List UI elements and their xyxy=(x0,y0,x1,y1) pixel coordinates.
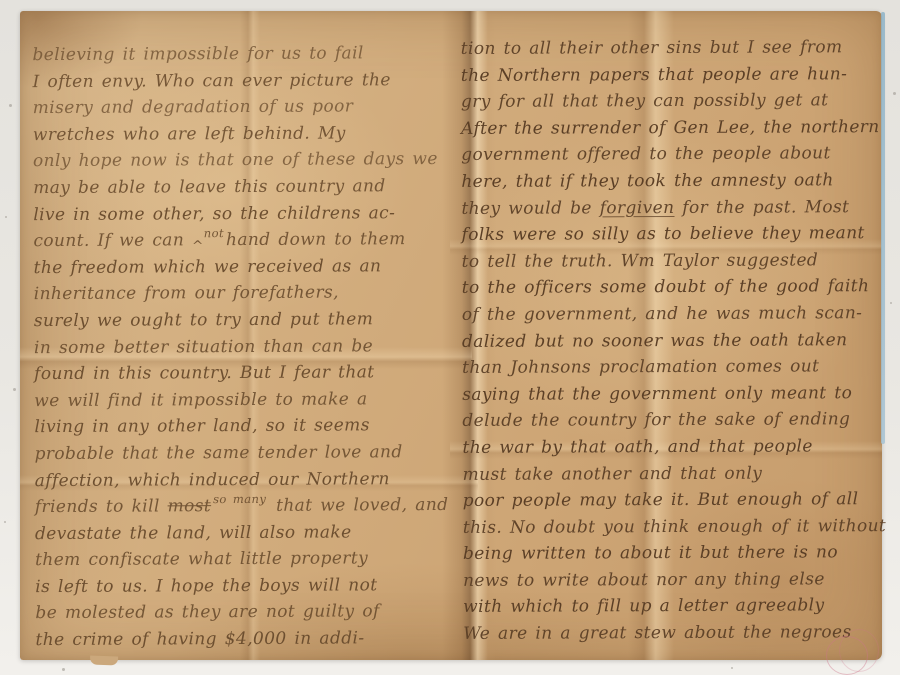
handwritten-line: may be able to leave this country and xyxy=(33,173,451,202)
handwriting-text: may be able to leave this country and xyxy=(33,176,386,198)
handwritten-line: the war by that oath, and that people xyxy=(462,433,886,461)
dust-speck xyxy=(5,216,7,218)
blue-page-edge-line xyxy=(881,12,885,444)
handwriting-text: found in this country. But I fear that xyxy=(34,362,374,384)
dust-speck xyxy=(893,92,896,95)
handwriting-text: must take another and that only xyxy=(463,463,763,484)
handwritten-line: this. No doubt you think enough of it wi… xyxy=(463,513,887,541)
handwriting-text: we will find it impossible to make a xyxy=(34,389,367,411)
left-page-text: believing it impossible for us to failI … xyxy=(32,40,453,654)
handwritten-line: folks were so silly as to believe they m… xyxy=(461,220,885,248)
handwriting-text: hand down to them xyxy=(226,229,406,250)
handwriting-text: news to write about nor any thing else xyxy=(463,569,825,591)
handwritten-line: the crime of having $4,000 in addi- xyxy=(35,625,453,654)
dust-speck xyxy=(13,388,16,391)
handwriting-text: living in any other land, so it seems xyxy=(34,416,369,438)
handwritten-line: probable that the same tender love and xyxy=(34,439,452,468)
handwriting-text: be molested as they are not guilty of xyxy=(35,602,379,624)
handwritten-line: count. If we can ^nothand down to them xyxy=(33,226,451,255)
handwriting-text: being written to about it but there is n… xyxy=(463,543,838,565)
letter-paper: believing it impossible for us to failI … xyxy=(20,11,882,660)
handwriting-text: gry for all that they can possibly get a… xyxy=(461,91,828,113)
handwriting-text: dalized but no sooner was the oath taken xyxy=(462,330,848,352)
handwritten-line: delude the country for the sake of endin… xyxy=(462,406,886,434)
handwriting-text: they would be xyxy=(461,198,599,219)
handwriting-text: We are in a great stew about the negroes xyxy=(463,622,851,644)
handwritten-line: be molested as they are not guilty of xyxy=(35,598,453,627)
handwriting-ins: so many xyxy=(213,492,266,506)
dust-speck xyxy=(731,667,733,669)
handwriting-ins: not xyxy=(204,226,224,240)
handwritten-line: in some better situation than can be xyxy=(34,332,452,361)
handwriting-text: here, that if they took the amnesty oath xyxy=(461,170,833,192)
handwriting-text: tion to all their other sins but I see f… xyxy=(461,37,843,59)
handwriting-text: poor people may take it. But enough of a… xyxy=(463,489,859,511)
dust-speck xyxy=(62,668,65,671)
handwritten-line: than Johnsons proclamation comes out xyxy=(462,353,886,381)
right-page-text: tion to all their other sins but I see f… xyxy=(461,34,888,648)
handwritten-line: we will find it impossible to make a xyxy=(34,386,452,415)
handwriting-text: the crime of having $4,000 in addi- xyxy=(35,628,364,650)
handwriting-text: probable that the same tender love and xyxy=(35,442,403,464)
handwriting-text: saying that the government only meant to xyxy=(462,383,852,405)
handwriting-text: the freedom which we received as an xyxy=(34,256,382,278)
handwritten-line: only hope now is that one of these days … xyxy=(33,146,451,175)
handwriting-text: that we loved, and xyxy=(268,495,448,516)
handwritten-line: friends to kill mostso many that we love… xyxy=(35,492,453,521)
handwritten-line: After the surrender of Gen Lee, the nort… xyxy=(461,114,885,142)
handwriting-text: this. No doubt you think enough of it wi… xyxy=(463,516,886,538)
handwritten-line: inheritance from our forefathers, xyxy=(34,279,452,308)
handwriting-text: believing it impossible for us to fail xyxy=(32,43,363,65)
handwritten-line: misery and degradation of us poor xyxy=(33,93,451,122)
handwriting-underline: forgiven xyxy=(600,198,675,218)
handwritten-line: dalized but no sooner was the oath taken xyxy=(462,327,886,355)
handwritten-line: the Northern papers that people are hun- xyxy=(461,61,885,89)
handwritten-line: poor people may take it. But enough of a… xyxy=(463,486,887,514)
handwriting-strike: most xyxy=(168,496,212,516)
handwritten-line: them confiscate what little property xyxy=(35,545,453,574)
dust-speck xyxy=(4,521,6,523)
handwritten-line: saying that the government only meant to xyxy=(462,380,886,408)
handwritten-line: believing it impossible for us to fail xyxy=(32,40,450,69)
handwritten-line: affection, which induced our Northern xyxy=(35,465,453,494)
handwriting-text: of the government, and he was much scan- xyxy=(462,303,863,325)
handwritten-line: gry for all that they can possibly get a… xyxy=(461,87,885,115)
handwriting-text: I often envy. Who can ever picture the xyxy=(33,70,391,92)
handwritten-line: surely we ought to try and put them xyxy=(34,306,452,335)
handwriting-text: devastate the land, will also make xyxy=(35,522,352,544)
handwriting-text: folks were so silly as to believe they m… xyxy=(461,223,864,245)
handwriting-text: than Johnsons proclamation comes out xyxy=(462,356,819,378)
handwritten-line: news to write about nor any thing else xyxy=(463,566,887,594)
handwriting-text: count. If we can xyxy=(33,230,192,251)
stamp-ring xyxy=(839,629,879,672)
handwritten-line: is left to us. I hope the boys will not xyxy=(35,572,453,601)
handwriting-text: the war by that oath, and that people xyxy=(462,436,812,458)
handwritten-line: live in some other, so the childrens ac- xyxy=(33,199,451,228)
handwritten-line: to tell the truth. Wm Taylor suggested xyxy=(462,247,886,275)
dust-speck xyxy=(890,302,892,304)
handwritten-line: living in any other land, so it seems xyxy=(34,412,452,441)
paper-edge-chip xyxy=(90,656,118,666)
handwritten-line: devastate the land, will also make xyxy=(35,519,453,548)
handwriting-text: affection, which induced our Northern xyxy=(35,469,390,491)
handwritten-line: here, that if they took the amnesty oath xyxy=(461,167,885,195)
handwritten-line: I often envy. Who can ever picture the xyxy=(33,67,451,96)
handwriting-text: After the surrender of Gen Lee, the nort… xyxy=(461,117,880,139)
handwriting-text: the Northern papers that people are hun- xyxy=(461,64,848,86)
handwriting-text: government offered to the people about xyxy=(461,144,831,166)
handwritten-line: of the government, and he was much scan- xyxy=(462,300,886,328)
handwriting-text: is left to us. I hope the boys will not xyxy=(35,575,377,597)
handwriting-text: to tell the truth. Wm Taylor suggested xyxy=(462,250,819,272)
stamp-mark xyxy=(826,629,882,675)
handwriting-text: surely we ought to try and put them xyxy=(34,309,374,331)
handwritten-line: tion to all their other sins but I see f… xyxy=(461,34,885,62)
handwriting-text: misery and degradation of us poor xyxy=(33,97,354,119)
handwriting-text: with which to fill up a letter agreeably xyxy=(463,596,824,618)
handwriting-text: to the officers some doubt of the good f… xyxy=(462,276,870,298)
handwritten-line: We are in a great stew about the negroes xyxy=(463,619,887,647)
handwritten-line: the freedom which we received as an xyxy=(34,253,452,282)
handwriting-text: them confiscate what little property xyxy=(35,549,368,571)
handwritten-line: wretches who are left behind. My xyxy=(33,120,451,149)
handwritten-line: must take another and that only xyxy=(463,460,887,488)
dust-speck xyxy=(9,104,12,107)
handwritten-line: with which to fill up a letter agreeably xyxy=(463,593,887,621)
handwritten-line: being written to about it but there is n… xyxy=(463,539,887,567)
handwritten-line: government offered to the people about xyxy=(461,140,885,168)
handwriting-caret: ^ xyxy=(192,238,204,254)
handwriting-text: friends to kill xyxy=(35,496,168,517)
handwriting-text: only hope now is that one of these days … xyxy=(33,149,438,171)
handwriting-text: delude the country for the sake of endin… xyxy=(462,410,850,432)
handwritten-line: found in this country. But I fear that xyxy=(34,359,452,388)
handwriting-text: inheritance from our forefathers, xyxy=(34,283,339,305)
handwriting-text: in some better situation than can be xyxy=(34,336,373,358)
handwriting-text: wretches who are left behind. My xyxy=(33,123,346,145)
handwriting-text: live in some other, so the childrens ac- xyxy=(33,203,395,225)
handwritten-line: to the officers some doubt of the good f… xyxy=(462,273,886,301)
scanner-background: believing it impossible for us to failI … xyxy=(0,0,900,675)
handwriting-text: for the past. Most xyxy=(674,197,849,218)
handwritten-line: they would be forgiven for the past. Mos… xyxy=(461,194,885,222)
